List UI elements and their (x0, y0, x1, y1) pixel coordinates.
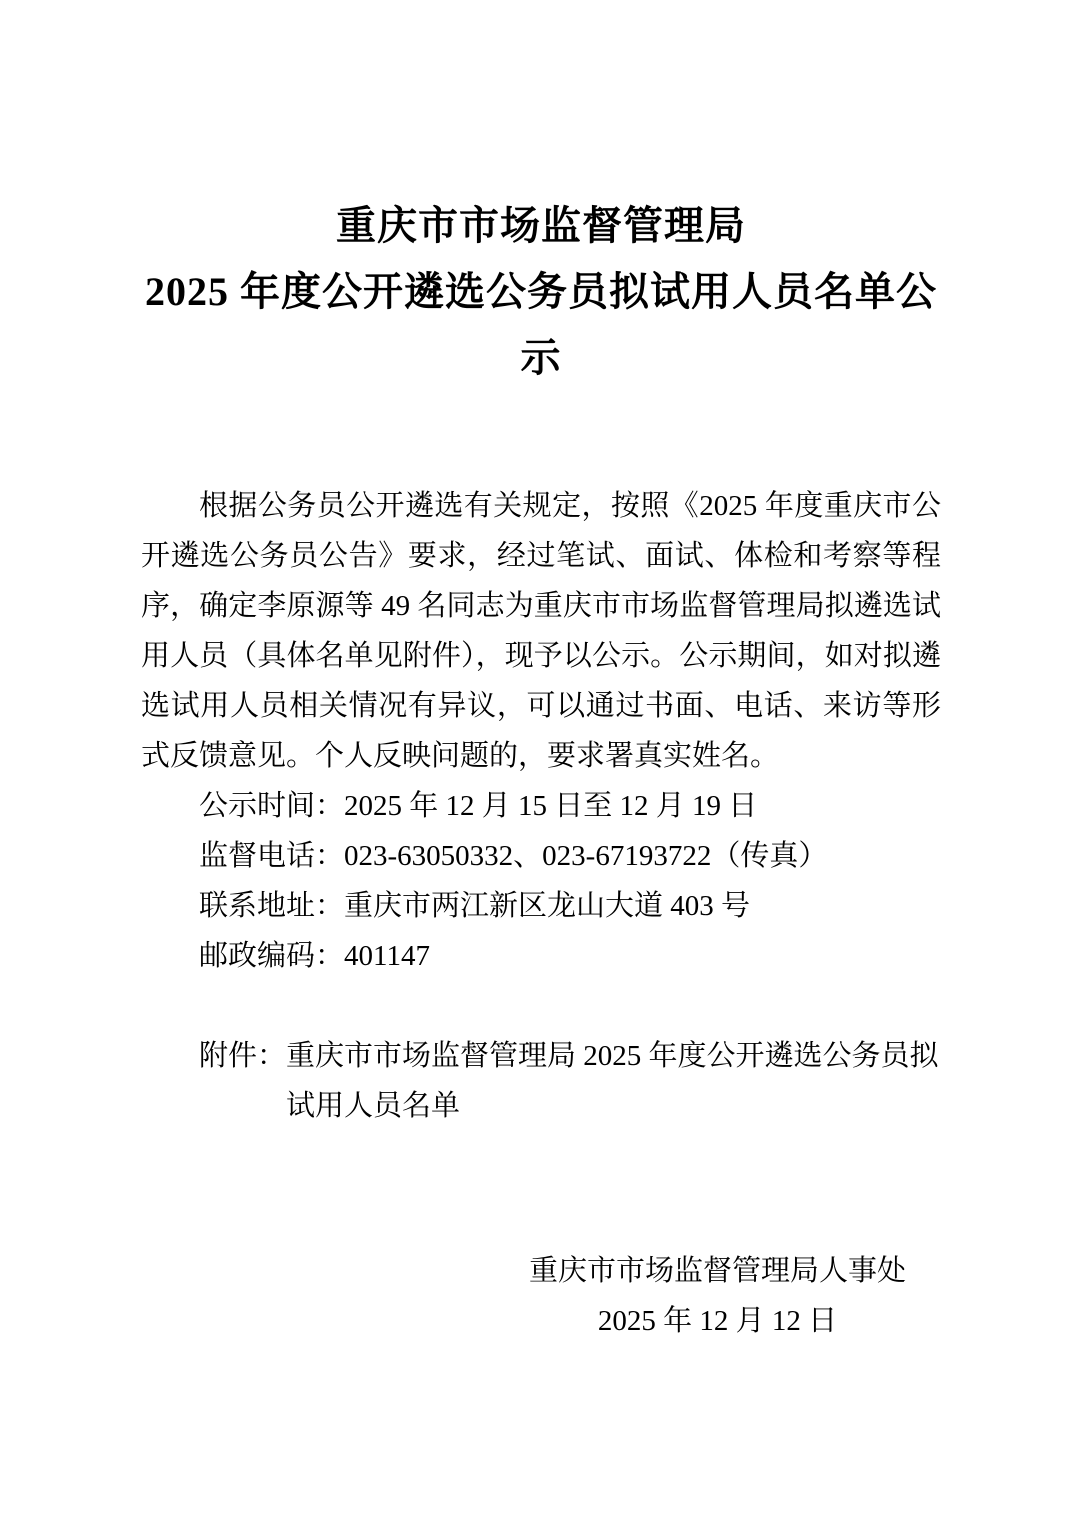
info-line-contact-address: 联系地址：重庆市两江新区龙山大道 403 号 (141, 881, 941, 931)
supervision-phone-label: 监督电话： (199, 840, 344, 872)
notice-document-page: 重庆市市场监督管理局 2025 年度公开遴选公务员拟试用人员名单公示 根据公务员… (0, 0, 1074, 1520)
attachment-text-line2: 试用人员名单 (286, 1081, 939, 1131)
contact-address-label: 联系地址： (199, 890, 344, 922)
info-line-public-notice-period: 公示时间：2025 年 12 月 15 日至 12 月 19 日 (141, 781, 941, 831)
signature-date: 2025 年 12 月 12 日 (529, 1296, 906, 1346)
document-title: 重庆市市场监督管理局 2025 年度公开遴选公务员拟试用人员名单公示 (141, 193, 941, 391)
postal-code-value: 401147 (344, 940, 430, 972)
document-title-line2: 2025 年度公开遴选公务员拟试用人员名单公示 (141, 259, 941, 391)
attachment-text-line1: 重庆市市场监督管理局 2025 年度公开遴选公务员拟 (286, 1031, 939, 1081)
supervision-phone-value: 023-63050332、023-67193722（传真） (344, 840, 827, 872)
postal-code-label: 邮政编码： (199, 940, 344, 972)
signature-block: 重庆市市场监督管理局人事处 2025 年 12 月 12 日 (529, 1246, 906, 1346)
info-line-postal-code: 邮政编码：401147 (141, 931, 941, 981)
attachment-label: 附件： (199, 1031, 286, 1081)
contact-address-value: 重庆市两江新区龙山大道 403 号 (344, 890, 750, 922)
signature-org: 重庆市市场监督管理局人事处 (529, 1246, 906, 1296)
info-line-supervision-phone: 监督电话：023-63050332、023-67193722（传真） (141, 831, 941, 881)
main-paragraph: 根据公务员公开遴选有关规定，按照《2025 年度重庆市公开遴选公务员公告》要求，… (141, 481, 941, 781)
public-notice-period-value: 2025 年 12 月 15 日至 12 月 19 日 (344, 790, 757, 822)
public-notice-period-label: 公示时间： (199, 790, 344, 822)
attachment-section: 附件： 重庆市市场监督管理局 2025 年度公开遴选公务员拟 试用人员名单 (141, 1031, 941, 1131)
document-body: 根据公务员公开遴选有关规定，按照《2025 年度重庆市公开遴选公务员公告》要求，… (141, 481, 941, 1346)
document-title-line1: 重庆市市场监督管理局 (141, 193, 941, 259)
attachment-text: 重庆市市场监督管理局 2025 年度公开遴选公务员拟 试用人员名单 (286, 1031, 939, 1131)
